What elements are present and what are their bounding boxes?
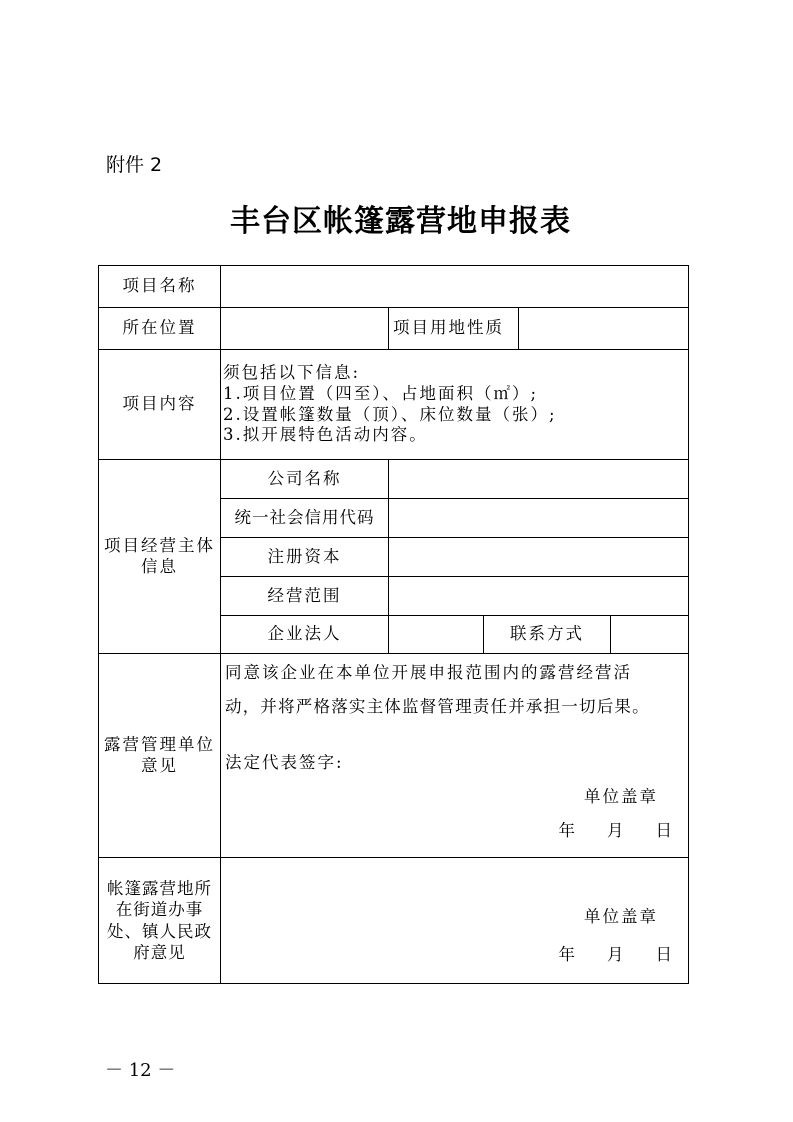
day-label: 日: [656, 814, 675, 848]
project-name-label: 项目名称: [99, 266, 221, 308]
month-label: 月: [607, 814, 626, 848]
project-content-field[interactable]: 须包括以下信息: 1.项目位置（四至）、占地面积（㎡）; 2.设置帐篷数量（顶）…: [221, 350, 689, 460]
gov-label-line3: 处、镇人民政: [103, 921, 216, 942]
management-label-line2: 意见: [103, 756, 216, 777]
gov-unit-stamp-label: 单位盖章: [225, 900, 684, 934]
credit-code-label: 统一社会信用代码: [221, 499, 389, 538]
registered-capital-field[interactable]: [389, 538, 689, 577]
content-item-1: 1.项目位置（四至）、占地面积（㎡）;: [223, 384, 686, 405]
registered-capital-label: 注册资本: [221, 538, 389, 577]
location-field[interactable]: [221, 308, 389, 350]
content-instruction: 须包括以下信息:: [223, 363, 686, 384]
date-line: 年 月 日: [225, 814, 684, 848]
gov-label-line2: 在街道办事: [103, 899, 216, 920]
attachment-label: 附件 2: [106, 150, 162, 177]
management-opinion-field[interactable]: 同意该企业在本单位开展申报范围内的露营经营活 动，并将严格落实主体监督管理责任并…: [221, 654, 689, 858]
business-scope-field[interactable]: [389, 577, 689, 616]
legal-person-label: 企业法人: [221, 616, 389, 654]
gov-month-label: 月: [607, 938, 626, 972]
management-label-line1: 露营管理单位: [103, 735, 216, 756]
page-title: 丰台区帐篷露营地申报表: [0, 196, 793, 240]
location-label: 所在位置: [99, 308, 221, 350]
gov-label-line4: 府意见: [103, 942, 216, 963]
contact-field[interactable]: [611, 616, 689, 654]
unit-stamp-label: 单位盖章: [225, 780, 684, 814]
management-opinion-label: 露营管理单位 意见: [99, 654, 221, 858]
content-item-2: 2.设置帐篷数量（顶）、床位数量（张）;: [223, 405, 686, 426]
project-name-field[interactable]: [221, 266, 689, 308]
application-form-table: 项目名称 所在位置 项目用地性质 项目内容 须包括以下信息: 1.项目位置（四至…: [98, 265, 689, 984]
land-use-label: 项目用地性质: [389, 308, 519, 350]
legal-person-field[interactable]: [389, 616, 484, 654]
project-content-label: 项目内容: [99, 350, 221, 460]
company-name-field[interactable]: [389, 460, 689, 499]
contact-label: 联系方式: [484, 616, 611, 654]
government-opinion-field[interactable]: 单位盖章 年 月 日: [221, 858, 689, 984]
gov-year-label: 年: [559, 938, 578, 972]
gov-label-line1: 帐篷露营地所: [103, 878, 216, 899]
credit-code-field[interactable]: [389, 499, 689, 538]
land-use-field[interactable]: [519, 308, 689, 350]
signature-label: 法定代表签字:: [225, 746, 684, 780]
content-item-3: 3.拟开展特色活动内容。: [223, 425, 686, 446]
page-number: － 12 －: [105, 1056, 175, 1082]
business-scope-label: 经营范围: [221, 577, 389, 616]
management-opinion-text-2: 动，并将严格落实主体监督管理责任并承担一切后果。: [225, 690, 684, 724]
operator-info-label: 项目经营主体 信息: [99, 460, 221, 654]
company-name-label: 公司名称: [221, 460, 389, 499]
gov-day-label: 日: [656, 938, 675, 972]
operator-label-line1: 项目经营主体: [103, 536, 216, 557]
government-opinion-label: 帐篷露营地所 在街道办事 处、镇人民政 府意见: [99, 858, 221, 984]
management-opinion-text-1: 同意该企业在本单位开展申报范围内的露营经营活: [225, 656, 684, 690]
operator-label-line2: 信息: [103, 557, 216, 578]
gov-date-line: 年 月 日: [225, 938, 684, 972]
year-label: 年: [559, 814, 578, 848]
